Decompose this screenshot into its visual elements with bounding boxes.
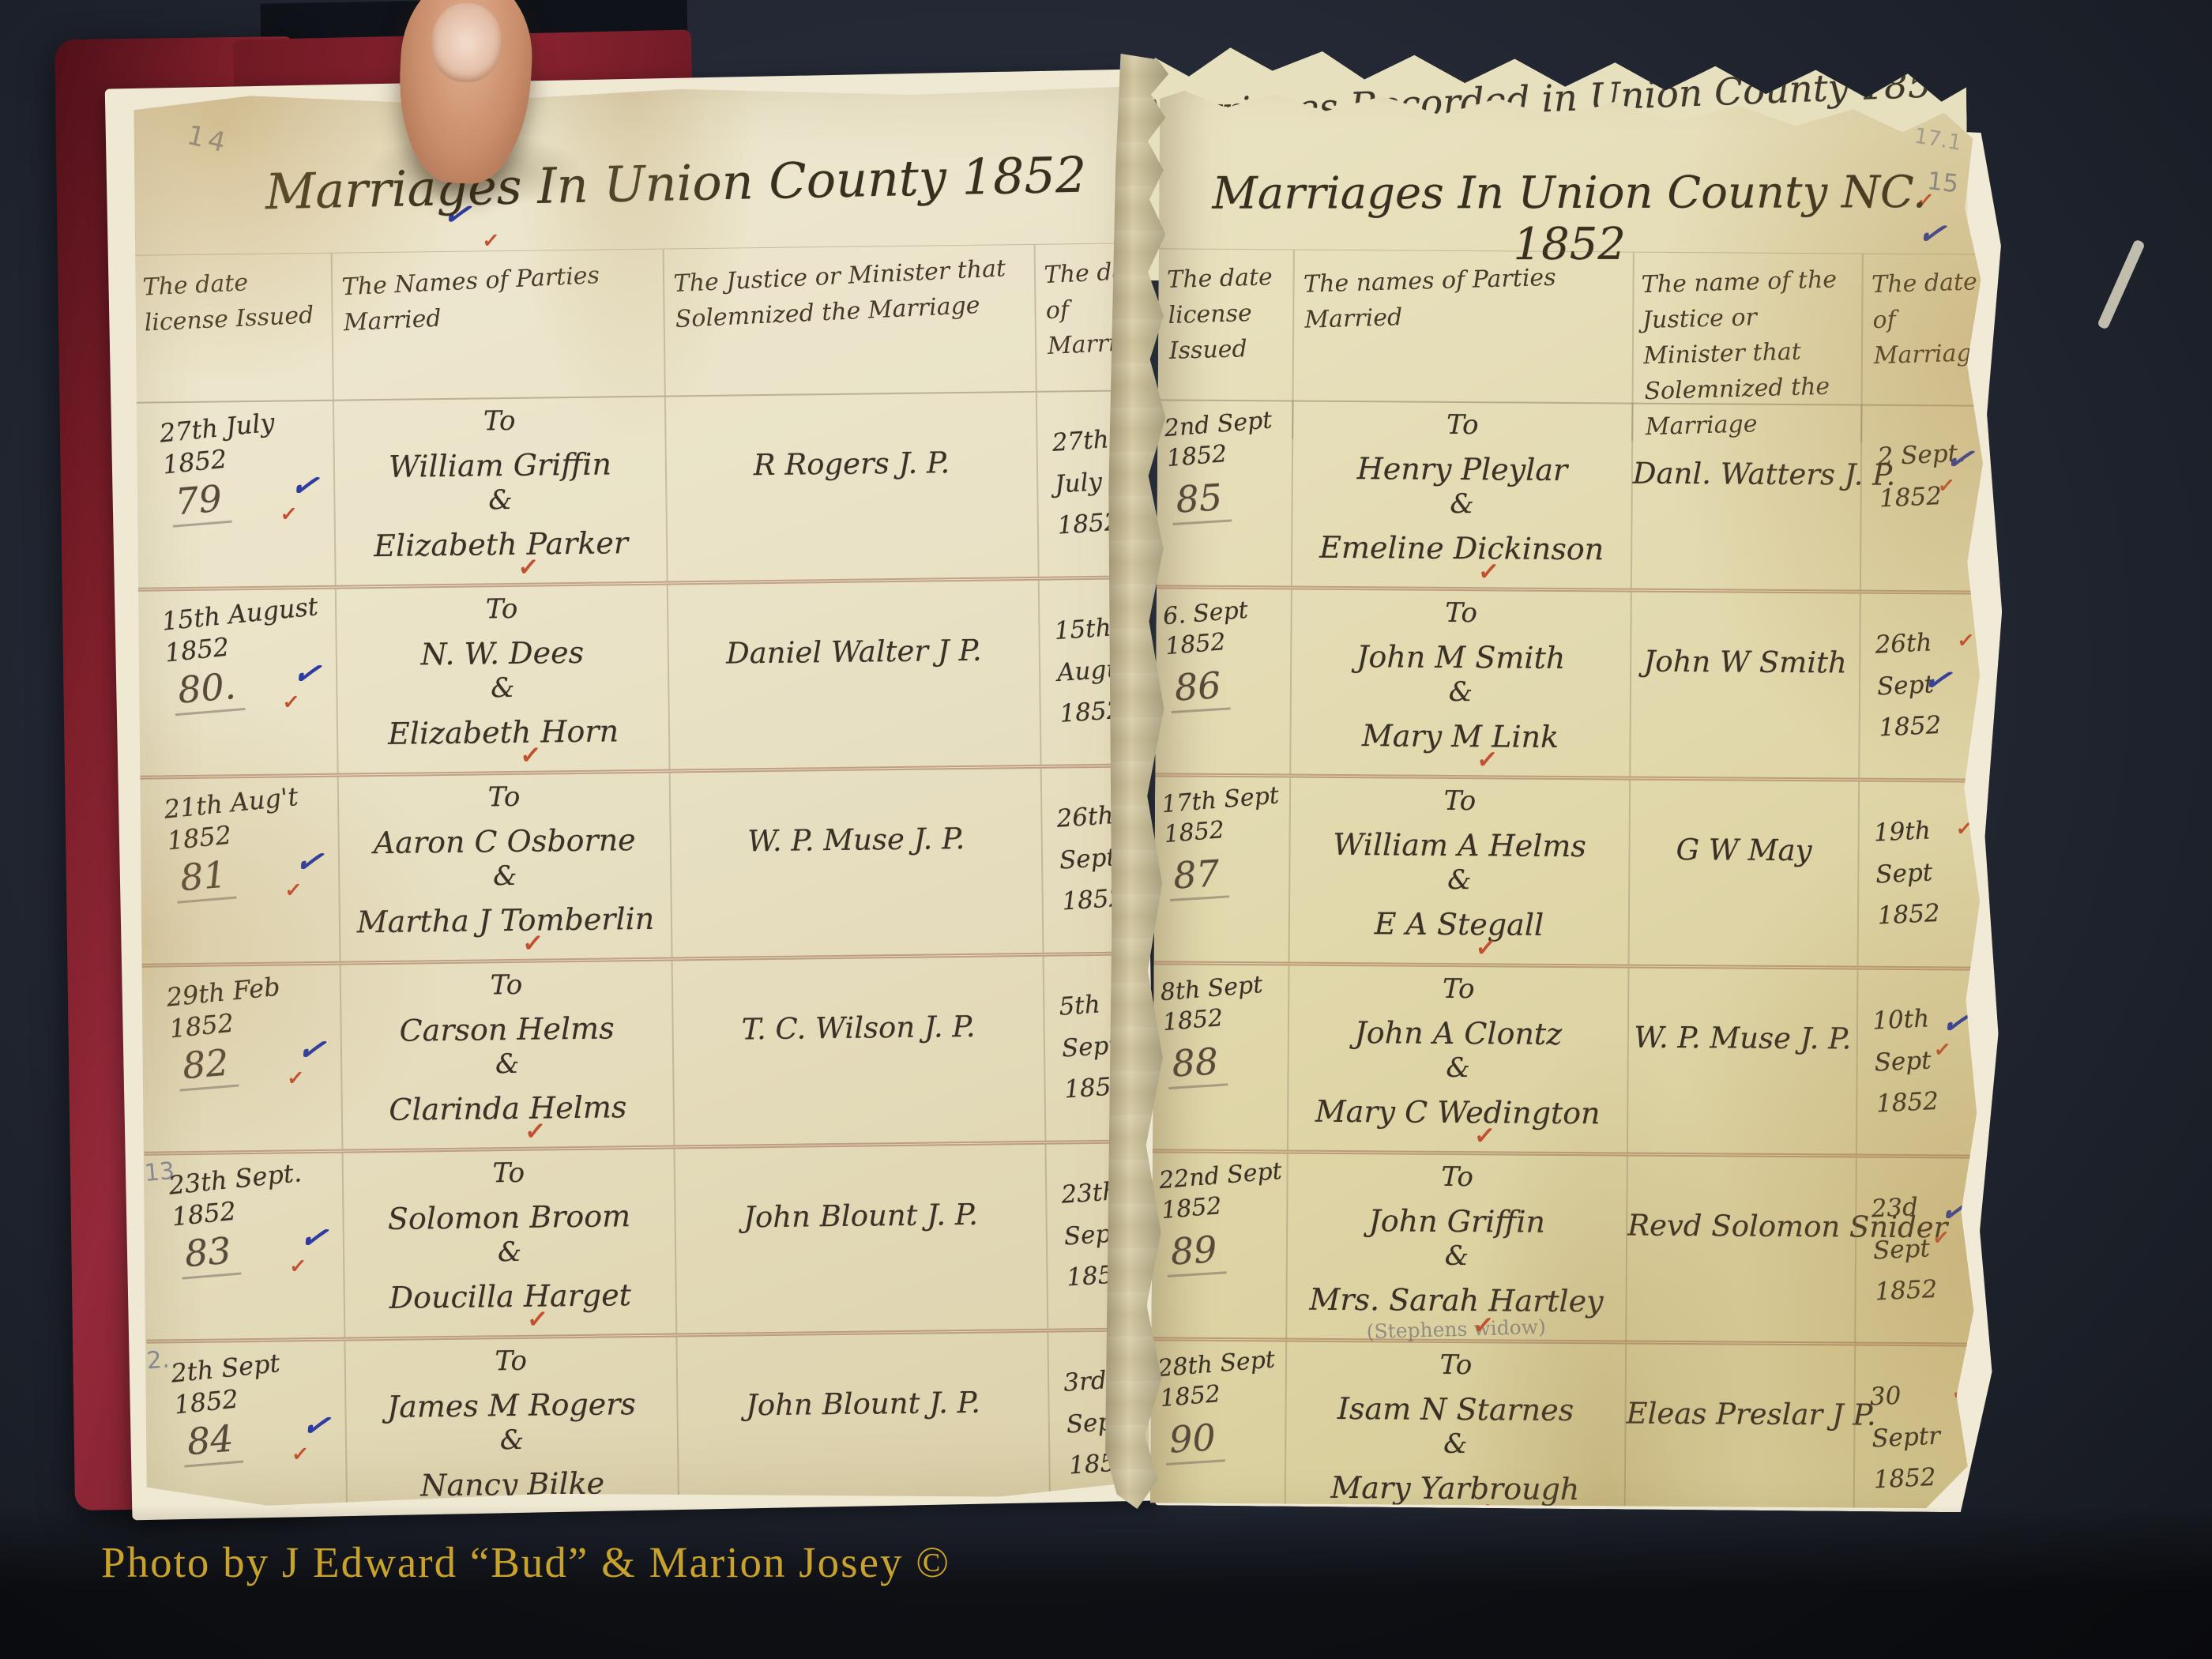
checkmark-blue-icon: ✓ bbox=[293, 1032, 334, 1067]
checkmark-blue-icon: ✓ bbox=[287, 468, 328, 503]
marriage-register-table: The date license Issued The Names of Par… bbox=[134, 243, 1149, 1531]
groom-name: John Griffin bbox=[1288, 1203, 1626, 1240]
marriage-date: 10th Sept 1852 bbox=[1854, 968, 1978, 1127]
license-date: 2nd Sept 1852 bbox=[1160, 404, 1293, 474]
checkmark-red-icon: ✓ bbox=[526, 1306, 549, 1332]
bride-name: Mary Yarbrough bbox=[1286, 1470, 1624, 1507]
license-number: 87 bbox=[1168, 851, 1229, 901]
to-label: To bbox=[1293, 408, 1631, 442]
to-label: To bbox=[334, 404, 664, 439]
bride-name: Doucilla Harget bbox=[345, 1277, 676, 1316]
fingernail bbox=[430, 2, 503, 84]
groom-name: John M Smith bbox=[1292, 639, 1630, 676]
checkmark-blue-icon: ✓ bbox=[298, 1408, 339, 1443]
officiant-name: John W Smith bbox=[1631, 645, 1859, 680]
to-label: To bbox=[344, 1156, 674, 1191]
officiant-name: W. P. Muse J. P. bbox=[1629, 1021, 1856, 1056]
bride-name: Mary M Link bbox=[1291, 718, 1629, 755]
column-header-officiant: The Justice or Minister that Solemnized … bbox=[663, 239, 1036, 338]
checkmark-red-icon: ✓ bbox=[1473, 1311, 1495, 1338]
checkmark-red-icon: ✓ bbox=[482, 231, 500, 252]
pencil-page-number: 14 bbox=[184, 119, 232, 160]
to-label: To bbox=[346, 1343, 676, 1379]
bride-name: Emeline Dickinson bbox=[1292, 530, 1631, 567]
officiant-name: John Blount J. P. bbox=[675, 1197, 1045, 1236]
bride-name: Mary C Wedington bbox=[1288, 1094, 1627, 1131]
marriage-date: 19th Sept 1852 bbox=[1856, 780, 1980, 939]
ampersand: & bbox=[335, 483, 665, 518]
checkmark-blue-icon: ✓ bbox=[289, 656, 330, 691]
to-label: To bbox=[337, 592, 667, 627]
checkmark-red-icon: ✓ bbox=[1477, 746, 1499, 773]
groom-name: William A Helms bbox=[1290, 827, 1628, 864]
officiant-name: G W May bbox=[1630, 833, 1857, 868]
ampersand: & bbox=[1292, 675, 1630, 709]
groom-name: John A Clontz bbox=[1289, 1015, 1627, 1052]
ampersand: & bbox=[1288, 1240, 1626, 1273]
ampersand: & bbox=[1286, 1428, 1624, 1461]
to-label: To bbox=[1289, 972, 1627, 1006]
checkmark-red-icon: ✓ bbox=[282, 692, 300, 713]
checkmark-blue-icon: ✓ bbox=[291, 844, 332, 879]
license-number: 79 bbox=[169, 476, 231, 528]
bride-name: Martha J Tomberlin bbox=[340, 901, 671, 940]
officiant-name: Danl. Watters J. P. bbox=[1633, 457, 1860, 492]
license-number: 89 bbox=[1164, 1227, 1226, 1277]
loose-paper-scrap bbox=[2097, 239, 2146, 329]
officiant-name: Daniel Walter J P. bbox=[669, 633, 1039, 671]
bride-name: E A Stegall bbox=[1290, 906, 1628, 943]
page-title: Marriages In Union County 1852 bbox=[233, 145, 1119, 221]
checkmark-red-icon: ✓ bbox=[292, 1444, 310, 1465]
checkmark-red-icon: ✓ bbox=[287, 1068, 305, 1089]
checkmark-red-icon: ✓ bbox=[1475, 934, 1498, 961]
checkmark-red-icon: ✓ bbox=[284, 880, 303, 901]
pencil-note: 17.1 bbox=[1913, 124, 1963, 156]
license-number: 83 bbox=[179, 1228, 241, 1280]
checkmark-red-icon: ✓ bbox=[1477, 558, 1500, 585]
marriage-date: 26th Sept 1852 bbox=[1857, 592, 1981, 750]
license-number: 85 bbox=[1170, 475, 1232, 525]
officiant-name: T. C. Wilson J. P. bbox=[673, 1009, 1043, 1048]
table-header-row: The date license Issued The names of Par… bbox=[1158, 249, 1981, 406]
license-number: 82 bbox=[176, 1040, 239, 1092]
marriage-record-row: 8th Sept 1852 88 To John A Clontz & Mary… bbox=[1153, 965, 1976, 1158]
checkmark-red-icon: ✓ bbox=[517, 554, 540, 580]
ampersand: & bbox=[1290, 863, 1628, 897]
marriage-record-row: 21th Aug't 1852 81 ✓ ✓ To Aaron C Osborn… bbox=[140, 767, 1142, 967]
license-date: 8th Sept 1852 bbox=[1156, 969, 1289, 1038]
license-date: 17th Sept 1852 bbox=[1157, 781, 1291, 850]
column-header-parties: The Names of Parties Married bbox=[331, 243, 664, 341]
license-number: 86 bbox=[1168, 663, 1230, 713]
checkmark-red-icon: ✓ bbox=[1937, 476, 1956, 498]
to-label: To bbox=[1287, 1349, 1625, 1382]
officiant-name: R Rogers J. P. bbox=[667, 445, 1036, 483]
ampersand: & bbox=[337, 671, 668, 706]
groom-name: Carson Helms bbox=[341, 1010, 672, 1049]
checkmark-blue-icon: ✓ bbox=[295, 1220, 337, 1255]
to-label: To bbox=[339, 780, 669, 815]
bride-pencil-note: (Stephens widow) bbox=[1287, 1313, 1626, 1345]
license-number: 90 bbox=[1164, 1415, 1225, 1465]
column-header-license-date: The date license Issued bbox=[132, 250, 333, 341]
to-label: To bbox=[1291, 784, 1629, 818]
ledger-right-page: 17.1 15 ✓ ✓ Marriages In Union County NC… bbox=[1150, 90, 1985, 1508]
marriage-record-row: 2nd Sept 1852 85 To Henry Pleylar & Emel… bbox=[1157, 401, 1980, 594]
to-label: To bbox=[1292, 596, 1631, 630]
groom-name: James M Rogers bbox=[346, 1386, 677, 1424]
officiant-name: John Blount J. P. bbox=[678, 1385, 1048, 1424]
photo-of-marriage-ledger: Marriages Recorded in Union County 185 1… bbox=[0, 0, 2212, 1659]
marriage-register-table: The date license Issued The names of Par… bbox=[1150, 248, 1981, 1534]
license-date: 22nd Sept 1852 bbox=[1155, 1156, 1288, 1225]
license-number: 84 bbox=[181, 1416, 243, 1468]
checkmark-red-icon: ✓ bbox=[521, 930, 544, 956]
ampersand: & bbox=[342, 1047, 672, 1082]
checkmark-red-icon: ✓ bbox=[524, 1118, 547, 1144]
groom-name: Solomon Broom bbox=[344, 1198, 675, 1237]
bride-name: Clarinda Helms bbox=[343, 1089, 674, 1128]
officiant-name: Revd Solomon Snider bbox=[1627, 1209, 1855, 1244]
photographer-watermark: Photo by J Edward “Bud” & Marion Josey © bbox=[101, 1537, 950, 1587]
license-number: 81 bbox=[174, 852, 236, 904]
marriage-record-row: 29th Feb 1852 82 ✓ ✓ To Carson Helms & C… bbox=[142, 955, 1145, 1155]
ampersand: & bbox=[344, 1235, 675, 1270]
checkmark-red-icon: ✓ bbox=[1473, 1122, 1496, 1149]
groom-name: William Griffin bbox=[335, 446, 666, 485]
license-date: 6. Sept 1852 bbox=[1159, 592, 1292, 662]
ampersand: & bbox=[347, 1422, 677, 1458]
groom-name: Henry Pleylar bbox=[1293, 451, 1631, 488]
ledger-left-page: 14 ✓ ✓ Marriages In Union County 1852 Th… bbox=[130, 81, 1150, 1507]
marriage-record-row: 17th Sept 1852 87 To William A Helms & E… bbox=[1154, 777, 1977, 970]
groom-name: Aaron C Osborne bbox=[339, 822, 670, 861]
license-number: 88 bbox=[1166, 1039, 1228, 1089]
column-header-license-date: The date license Issued bbox=[1157, 248, 1294, 370]
groom-name: Isam N Starnes bbox=[1286, 1391, 1624, 1428]
marriage-date: 23d Sept 1852 bbox=[1853, 1156, 1977, 1315]
checkmark-red-icon: ✓ bbox=[1933, 1040, 1952, 1062]
officiant-name: Eleas Preslar J P. bbox=[1626, 1397, 1853, 1432]
license-number: 80. bbox=[171, 664, 246, 716]
checkmark-red-icon: ✓ bbox=[1932, 1228, 1951, 1250]
checkmark-red-icon: ✓ bbox=[1957, 630, 1976, 653]
bride-name: Elizabeth Horn bbox=[338, 713, 669, 752]
ampersand: & bbox=[340, 859, 670, 894]
marriage-record-row: 13 23th Sept. 1852 83 ✓ ✓ To Solomon Bro… bbox=[145, 1143, 1147, 1343]
groom-name: N. W. Dees bbox=[337, 634, 668, 673]
ampersand: & bbox=[1288, 1051, 1627, 1085]
column-header-parties: The names of Parties Married bbox=[1293, 246, 1634, 338]
bride-name: Mrs. Sarah Hartley bbox=[1287, 1282, 1625, 1319]
marriage-record-row: 27th July 1852 79 ✓ ✓ To William Griffin… bbox=[135, 391, 1138, 591]
checkmark-red-icon: ✓ bbox=[280, 504, 298, 525]
marriage-record-row: 6. Sept 1852 86 To John M Smith & Mary M… bbox=[1155, 589, 1978, 782]
marriage-record-row: 15th August 1852 80. ✓ ✓ To N. W. Dees &… bbox=[137, 579, 1140, 779]
officiant-name: W. P. Muse J. P. bbox=[671, 821, 1040, 860]
bride-name: Elizabeth Parker bbox=[336, 525, 667, 564]
table-header-row: The date license Issued The Names of Par… bbox=[134, 243, 1135, 403]
checkmark-red-icon: ✓ bbox=[519, 742, 542, 768]
checkmark-red-icon: ✓ bbox=[289, 1256, 307, 1277]
to-label: To bbox=[341, 968, 671, 1003]
marriage-record-row: 22nd Sept 1852 89 To John Griffin & Mrs.… bbox=[1151, 1153, 1974, 1346]
to-label: To bbox=[1288, 1161, 1627, 1194]
license-date: 28th Sept 1852 bbox=[1153, 1344, 1287, 1413]
ampersand: & bbox=[1292, 487, 1631, 521]
